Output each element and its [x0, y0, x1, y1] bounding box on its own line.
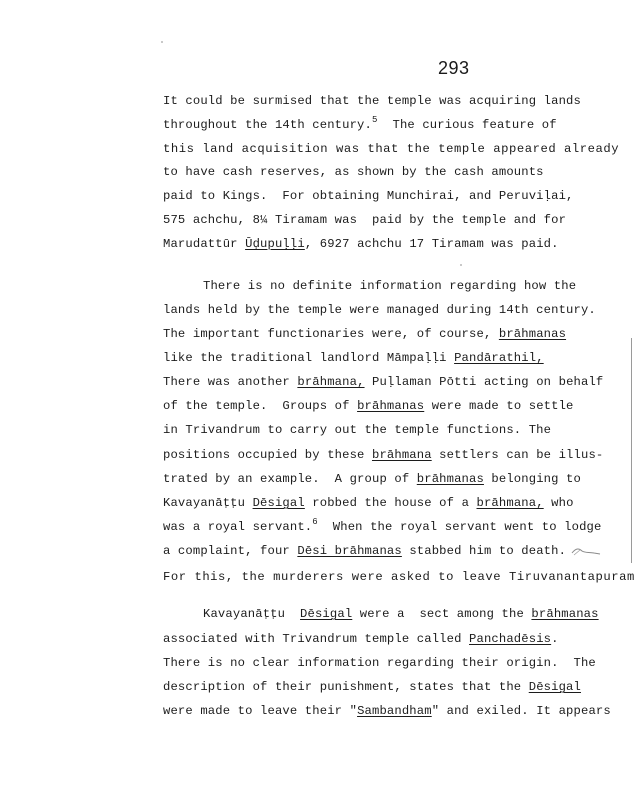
- text-run: to have cash reserves, as shown by the c…: [163, 165, 544, 179]
- text-run: of the temple. Groups of: [163, 399, 357, 413]
- text-line: description of their punishment, states …: [163, 679, 581, 695]
- page-number: 293: [438, 58, 470, 79]
- text-line: of the temple. Groups of brāhmanas were …: [163, 398, 574, 414]
- scan-speck: [161, 41, 163, 43]
- underlined-term: Sambandham: [357, 704, 432, 718]
- text-run: There is no clear information regarding …: [163, 656, 596, 670]
- text-line: positions occupied by these brāhmana set…: [163, 447, 603, 463]
- text-run: paid to Kings. For obtaining Munchirai, …: [163, 189, 574, 203]
- underlined-term: Dēsigal: [300, 607, 352, 621]
- text-line: 575 achchu, 8¼ Tiramam was paid by the t…: [163, 212, 566, 228]
- text-line: to have cash reserves, as shown by the c…: [163, 164, 544, 180]
- text-run: For this, the murderers were asked to le…: [163, 570, 635, 584]
- text-line: Kavayanāṭṭu Dēsigal were a sect among th…: [203, 606, 599, 622]
- underlined-term: Panchadēsis: [469, 632, 551, 646]
- text-run: robbed the house of a: [305, 496, 477, 510]
- handwritten-mark-icon: [570, 545, 602, 557]
- text-run: this land acquisition was that the templ…: [163, 142, 619, 156]
- text-line: For this, the murderers were asked to le…: [163, 569, 635, 585]
- text-line: The important functionaries were, of cou…: [163, 326, 566, 342]
- text-run: Puḷlaman Pōtti acting on behalf: [365, 375, 604, 389]
- text-run: were made to settle: [424, 399, 573, 413]
- text-run: were a sect among the: [352, 607, 531, 621]
- underlined-term: brāhmanas: [417, 472, 484, 486]
- text-line: Marudattūr Ūḍupuḷḷi, 6927 achchu 17 Tira…: [163, 236, 559, 252]
- text-run: were made to leave their ": [163, 704, 357, 718]
- text-line: a complaint, four Dēsi brāhmanas stabbed…: [163, 543, 566, 559]
- text-run: settlers can be illus-: [432, 448, 604, 462]
- document-page: 293 It could be surmised that the temple…: [0, 0, 635, 800]
- text-line: There is no definite information regardi…: [203, 278, 576, 294]
- text-line: Kavayanāṭṭu Dēsigal robbed the house of …: [163, 495, 574, 511]
- text-run: positions occupied by these: [163, 448, 372, 462]
- text-run: associated with Trivandrum temple called: [163, 632, 469, 646]
- text-run: The important functionaries were, of cou…: [163, 327, 499, 341]
- underlined-term: brāhmanas: [531, 607, 598, 621]
- text-line: throughout the 14th century.5 The curiou…: [163, 117, 557, 133]
- text-run: belonging to: [484, 472, 581, 486]
- text-run: Marudattūr: [163, 237, 245, 251]
- text-line: like the traditional landlord Māmpaḷḷi P…: [163, 350, 544, 366]
- text-run: like the traditional landlord Māmpaḷḷi: [163, 351, 454, 365]
- text-run: The curious feature of: [378, 118, 557, 132]
- underlined-term: Ūḍupuḷḷi: [245, 237, 305, 251]
- underlined-term: brāhmanas: [499, 327, 566, 341]
- text-run: When the royal servant went to lodge: [318, 520, 602, 534]
- text-run: Kavayanāṭṭu: [163, 496, 253, 510]
- underlined-term: brāhmana: [372, 448, 432, 462]
- text-run: Kavayanāṭṭu: [203, 607, 300, 621]
- underlined-term: Pandārathil,: [454, 351, 544, 365]
- text-run: .: [551, 632, 558, 646]
- text-run: trated by an example. A group of: [163, 472, 417, 486]
- scan-speck: [460, 264, 462, 266]
- text-line: paid to Kings. For obtaining Munchirai, …: [163, 188, 574, 204]
- text-run: stabbed him to death.: [402, 544, 566, 558]
- text-line: It could be surmised that the temple was…: [163, 93, 581, 109]
- underlined-term: brāhmana,: [477, 496, 544, 510]
- text-run: who: [544, 496, 574, 510]
- text-run: It could be surmised that the temple was…: [163, 94, 581, 108]
- text-line: associated with Trivandrum temple called…: [163, 631, 559, 647]
- text-run: in Trivandrum to carry out the temple fu…: [163, 423, 551, 437]
- text-run: There was another: [163, 375, 297, 389]
- text-run: a complaint, four: [163, 544, 297, 558]
- text-run: throughout the 14th century.: [163, 118, 372, 132]
- text-run: 575 achchu, 8¼ Tiramam was paid by the t…: [163, 213, 566, 227]
- underlined-term: brāhmana,: [297, 375, 364, 389]
- underlined-term: brāhmanas: [357, 399, 424, 413]
- text-run: description of their punishment, states …: [163, 680, 529, 694]
- underlined-term: Dēsigal: [253, 496, 305, 510]
- text-line: trated by an example. A group of brāhman…: [163, 471, 581, 487]
- text-run: was a royal servant.: [163, 520, 312, 534]
- text-line: were made to leave their "Sambandham" an…: [163, 703, 611, 719]
- text-run: lands held by the temple were managed du…: [163, 303, 596, 317]
- text-line: There was another brāhmana, Puḷlaman Pōt…: [163, 374, 603, 390]
- text-run: , 6927 achchu 17 Tiramam was paid.: [305, 237, 559, 251]
- text-line: There is no clear information regarding …: [163, 655, 596, 671]
- text-run: There is no definite information regardi…: [203, 279, 576, 293]
- underlined-term: Dēsigal: [529, 680, 581, 694]
- margin-rule: [631, 338, 632, 563]
- text-line: in Trivandrum to carry out the temple fu…: [163, 422, 551, 438]
- text-run: " and exiled. It appears: [432, 704, 611, 718]
- text-line: this land acquisition was that the templ…: [163, 141, 619, 157]
- underlined-term: Dēsi brāhmanas: [297, 544, 402, 558]
- text-line: was a royal servant.6 When the royal ser…: [163, 519, 601, 535]
- text-line: lands held by the temple were managed du…: [163, 302, 596, 318]
